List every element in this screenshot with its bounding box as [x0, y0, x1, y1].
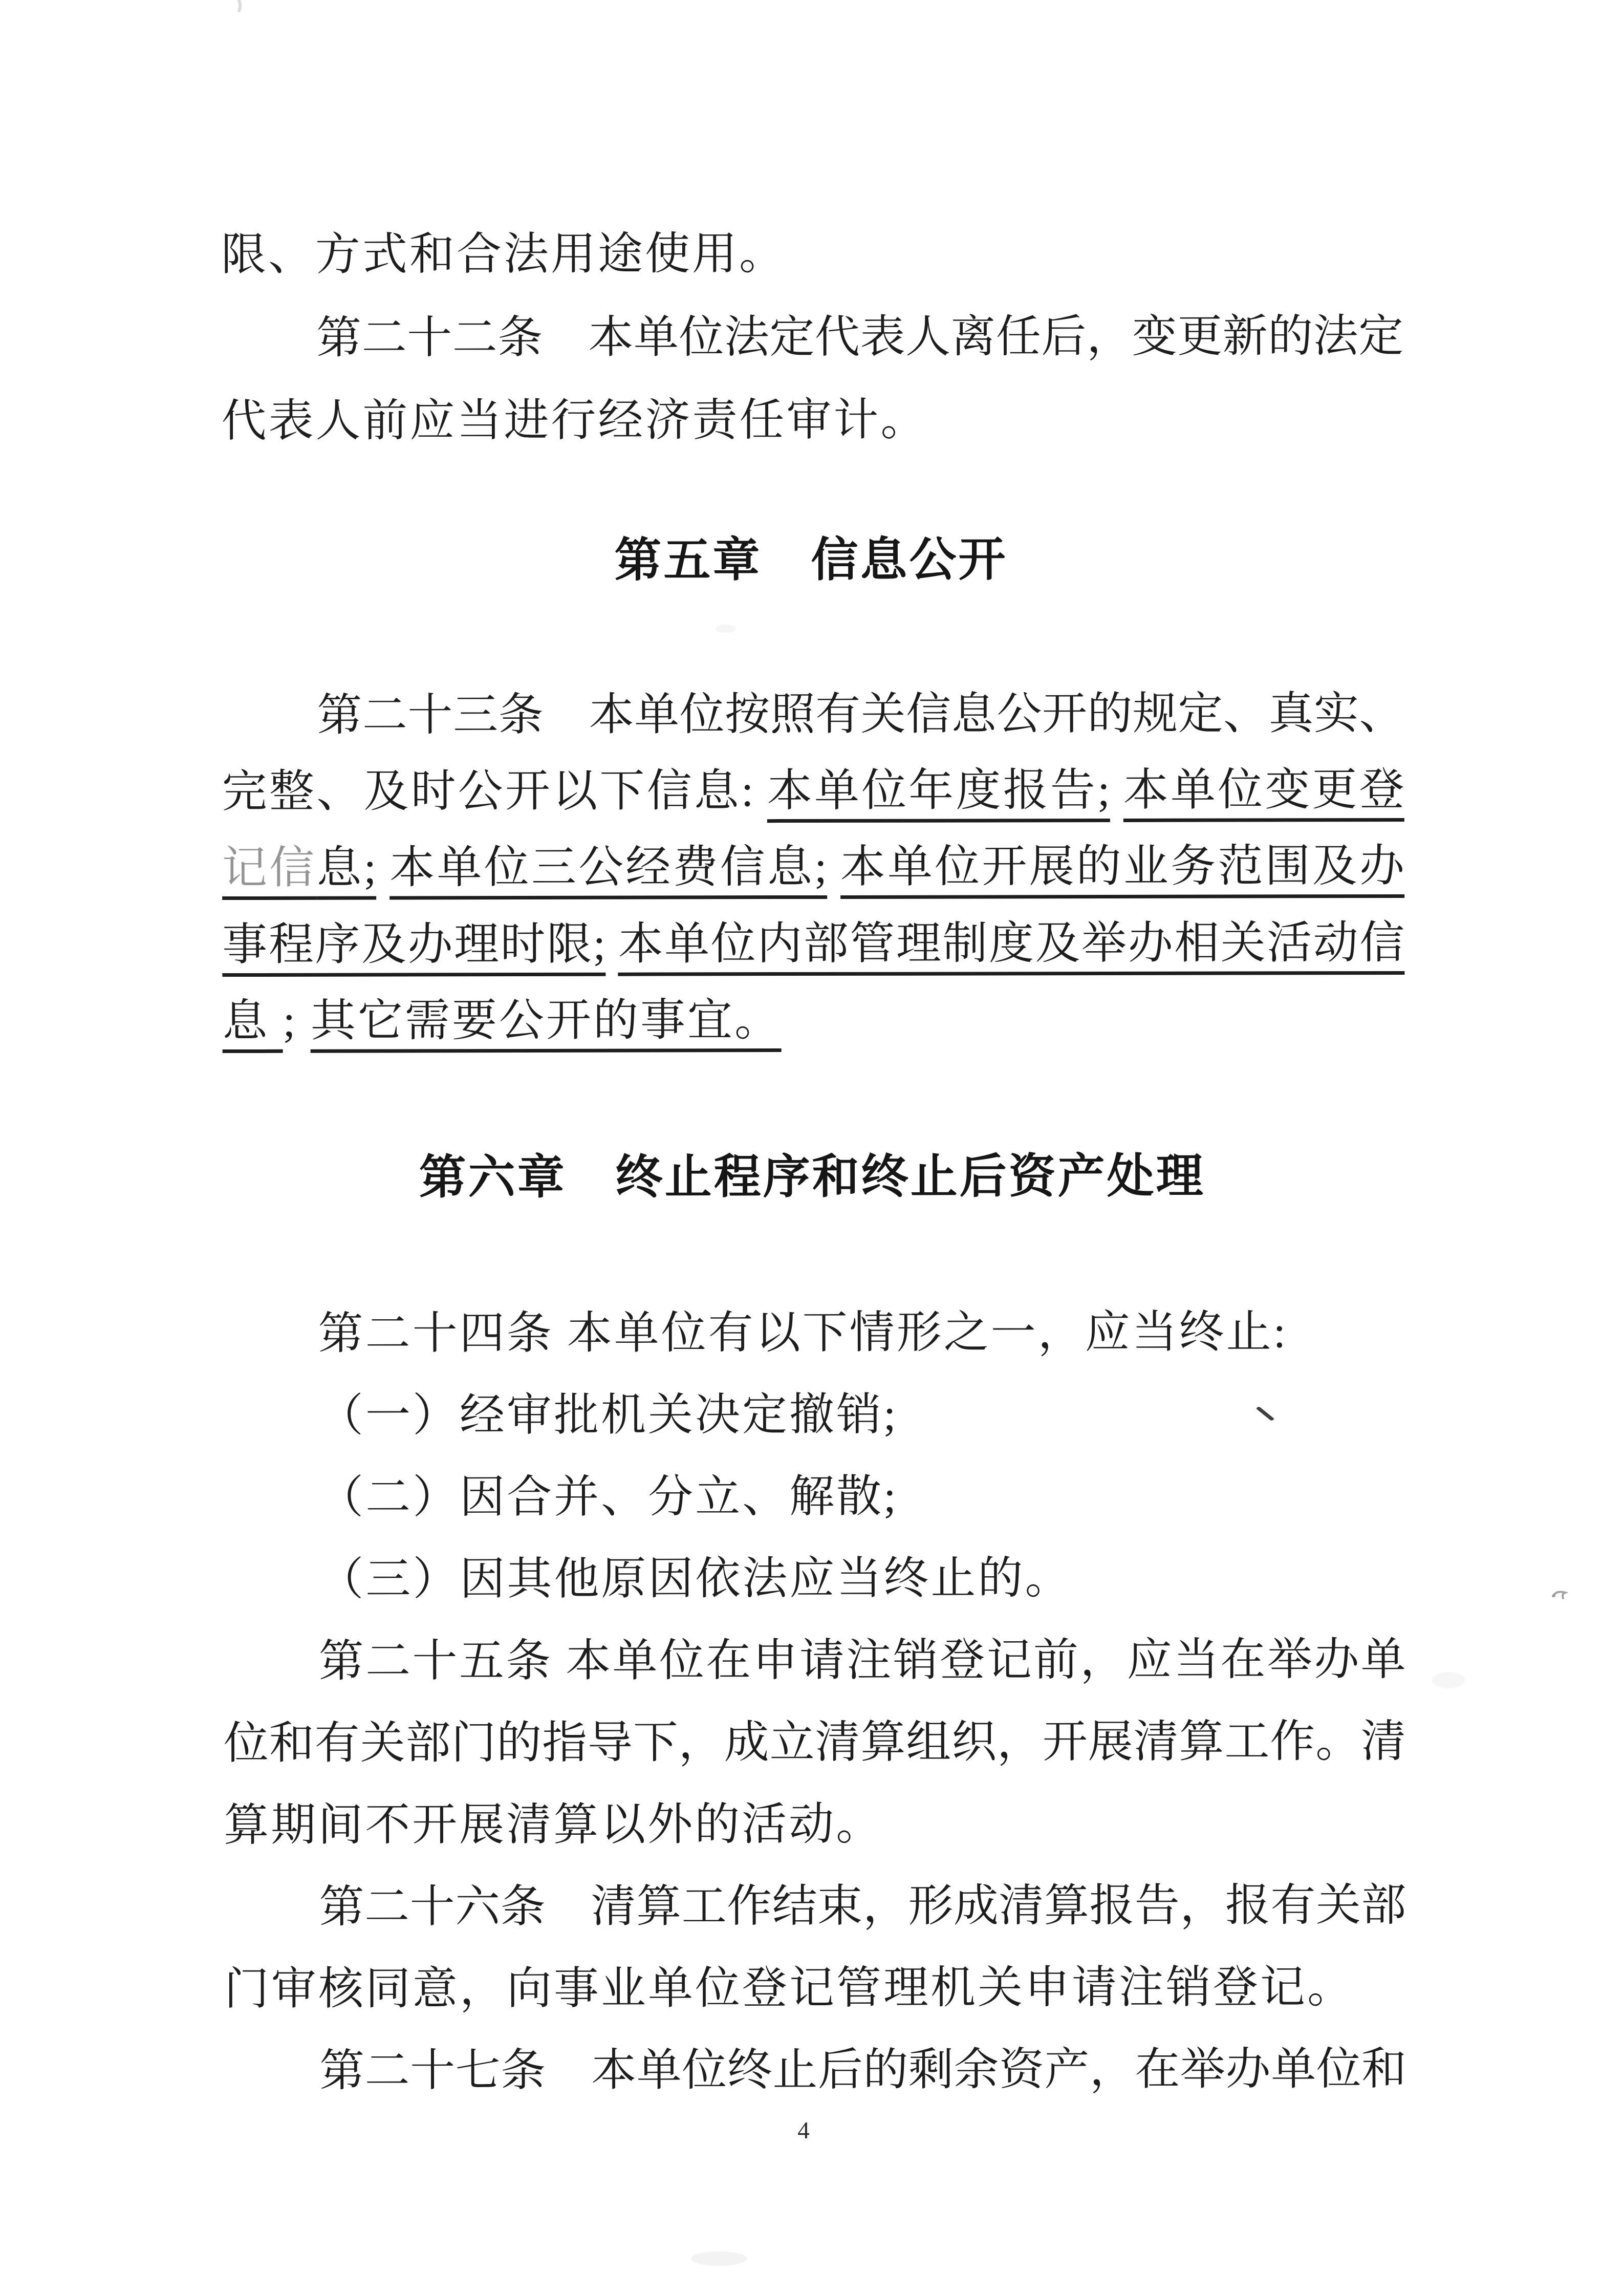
- line-18: 第二十七条 本单位终止后的剩余资产，在举办单位和: [224, 2043, 1406, 2098]
- text-run: 第二十四条 本单位有以下情形之一，应当终止:: [318, 1307, 1288, 1359]
- text-run: 门审核同意，向事业单位登记管理机关申请注销登记。: [224, 1963, 1354, 2014]
- text-run: 位和有关部门的指导下，成立清算组织，开展清算工作。清: [224, 1717, 1406, 1769]
- line-04: 第二十三条 本单位按照有关信息公开的规定、真实、: [222, 688, 1404, 743]
- text-run: （一）经审批机关决定撤销;: [318, 1390, 898, 1441]
- document-text-block: 限、方式和合法用途使用。第二十二条 本单位法定代表人离任后，变更新的法定代表人前…: [0, 0, 1624, 2296]
- line-09: 第二十四条 本单位有以下情形之一，应当终止:: [223, 1306, 1405, 1361]
- underlined-text: 息: [222, 997, 283, 1053]
- text-run: [605, 920, 618, 970]
- text-run: （二）因合并、分立、解散;: [318, 1472, 898, 1523]
- text-run: 第二十二条 本单位法定代表人离任后，变更新的法定: [316, 312, 1403, 363]
- underlined-text: 事程序及办理时限;: [222, 920, 605, 977]
- line-06: 记信息; 本单位三公经费信息; 本单位开展的业务范围及办: [222, 840, 1404, 895]
- line-08: 息 ; 其它需要公开的事宜。: [222, 993, 1404, 1048]
- underlined-text: 本单位变更登: [1123, 765, 1404, 822]
- text-run: 第二十三条 本单位按照有关信息公开的规定、真实、: [317, 689, 1404, 741]
- line-03: 代表人前应当进行经济责任审计。: [221, 393, 1403, 448]
- line-02: 第二十二条 本单位法定代表人离任后，变更新的法定: [221, 310, 1403, 366]
- line-13: 第二十五条 本单位在申请注销登记前，应当在举办单: [224, 1634, 1406, 1689]
- underlined-text: 其它需要公开的事宜。: [311, 996, 782, 1053]
- text-run: （三）因其他原因依法应当终止的。: [318, 1554, 1072, 1605]
- chapter-5-heading: 第五章 信息公开: [0, 532, 1623, 589]
- underlined-text: 本单位三公经费信息;: [389, 843, 827, 899]
- underlined-text: 本单位内部管理制度及举办相关活动信: [618, 918, 1405, 976]
- underlined-text: 息;: [316, 843, 376, 899]
- text-run: ;: [283, 997, 311, 1046]
- line-14: 位和有关部门的指导下，成立清算组织，开展清算工作。清: [224, 1715, 1406, 1771]
- text-run: 第五章 信息公开: [614, 533, 1007, 586]
- line-11: （二）因合并、分立、解散;: [223, 1470, 1405, 1525]
- underlined-text: 本单位开展的业务范围及办: [840, 842, 1404, 899]
- text-run: 算期间不开展清算以外的活动。: [224, 1800, 883, 1851]
- line-05: 完整、及时公开以下信息: 本单位年度报告; 本单位变更登: [222, 764, 1404, 819]
- underlined-text: 记信: [222, 844, 317, 900]
- text-run: 第二十五条 本单位在申请注销登记前，应当在举办单: [319, 1635, 1406, 1687]
- text-run: 限、方式和合法用途使用。: [221, 229, 786, 280]
- chapter-6-heading: 第六章 终止程序和终止后资产处理: [0, 1149, 1624, 1206]
- text-run: [376, 843, 389, 893]
- line-12: （三）因其他原因依法应当终止的。: [223, 1552, 1405, 1607]
- line-15: 算期间不开展清算以外的活动。: [224, 1797, 1406, 1853]
- text-run: 完整、及时公开以下信息:: [222, 766, 767, 817]
- line-01: 限、方式和合法用途使用。: [221, 227, 1403, 282]
- line-16: 第二十六条 清算工作结束，形成清算报告，报有关部: [224, 1879, 1406, 1935]
- line-17: 门审核同意，向事业单位登记管理机关申请注销登记。: [224, 1961, 1406, 2016]
- text-run: 第二十六条 清算工作结束，形成清算报告，报有关部: [319, 1881, 1406, 1933]
- text-run: 代表人前应当进行经济责任审计。: [221, 396, 927, 446]
- line-10: （一）经审批机关决定撤销;: [223, 1388, 1405, 1443]
- scanned-document-page: 限、方式和合法用途使用。第二十二条 本单位法定代表人离任后，变更新的法定代表人前…: [0, 0, 1624, 2296]
- underlined-text: 本单位年度报告;: [767, 766, 1110, 823]
- text-run: [827, 843, 840, 892]
- text-run: [1110, 766, 1123, 816]
- page-number: 4: [0, 2118, 1607, 2144]
- text-run: 第六章 终止程序和终止后资产处理: [419, 1150, 1205, 1204]
- line-07: 事程序及办理时限; 本单位内部管理制度及举办相关活动信: [222, 917, 1404, 972]
- text-run: 第二十七条 本单位终止后的剩余资产，在举办单位和: [319, 2045, 1406, 2096]
